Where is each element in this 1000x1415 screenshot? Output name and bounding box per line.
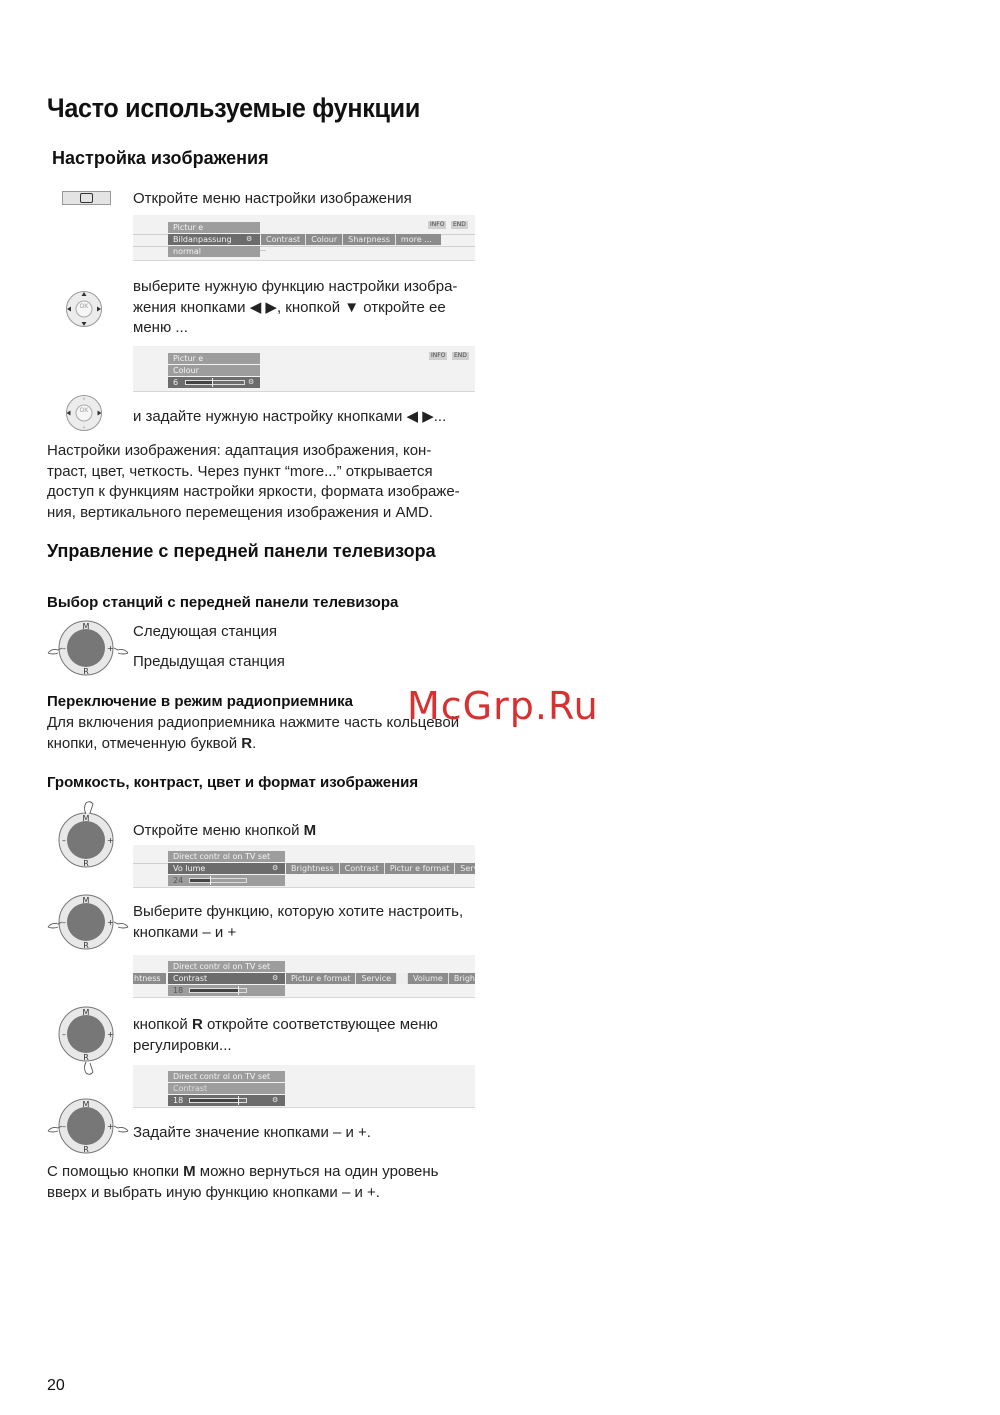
footer-note: С помощью кнопки M можно вернуться на од… bbox=[47, 1162, 439, 1203]
svg-text:R: R bbox=[83, 1145, 89, 1154]
level-slider bbox=[189, 988, 247, 993]
osd-tab: Volume bbox=[407, 973, 448, 984]
svg-text:+: + bbox=[107, 1122, 114, 1131]
adjust-icon: ⚙ bbox=[246, 234, 252, 245]
step-set-value-plus-minus: Задайте значение кнопками – и +. bbox=[133, 1123, 371, 1144]
section-heading-picture: Настройка изображения bbox=[52, 148, 269, 169]
svg-text:–: – bbox=[62, 918, 66, 927]
page-title: Часто используемые функции bbox=[47, 93, 420, 124]
osd-title: Direct contr ol on TV set bbox=[168, 1071, 285, 1082]
osd-tab-blank bbox=[396, 973, 407, 984]
navigation-pad-icon: OK bbox=[65, 394, 103, 432]
osd-value-suffix: ... bbox=[260, 246, 266, 253]
osd-tab: Service bbox=[355, 973, 396, 984]
osd-tabs: Brightness Contrast Pictur e format Serv… bbox=[286, 863, 475, 874]
osd-tab: Colour bbox=[305, 234, 342, 245]
info-label: INFO bbox=[429, 352, 447, 360]
osd-direct-control-adjust: Direct contr ol on TV set Contrast 18 ⚙ bbox=[133, 1065, 475, 1108]
osd-tab: Pictur e format bbox=[384, 863, 454, 874]
watermark: McGrp.Ru bbox=[407, 684, 599, 728]
osd-item: Contrast bbox=[168, 1083, 285, 1094]
slider-fill bbox=[190, 989, 238, 992]
osd-tab: Sharpness bbox=[342, 234, 395, 245]
slider-fill bbox=[186, 381, 212, 384]
svg-text:R: R bbox=[83, 667, 89, 676]
subheading-stations: Выбор станций с передней панели телевизо… bbox=[47, 594, 398, 611]
end-label: END bbox=[452, 352, 469, 360]
osd-title: Pictur e bbox=[168, 353, 260, 364]
section-heading-front-panel: Управление с передней панели телевизора bbox=[47, 541, 436, 562]
osd-tabs: Contrast Colour Sharpness more ... bbox=[261, 234, 441, 245]
step-select-function: выберите нужную функцию настройки изобра… bbox=[133, 277, 457, 339]
info-label: INFO bbox=[428, 221, 446, 229]
slider-marker bbox=[238, 1096, 239, 1105]
osd-direct-control-volume: Direct contr ol on TV set Vo lume ⚙ Brig… bbox=[133, 845, 475, 888]
subheading-volume: Громкость, контраст, цвет и формат изобр… bbox=[47, 774, 418, 791]
svg-text:R: R bbox=[83, 941, 89, 950]
ring-button-icon: M R – + bbox=[46, 619, 130, 677]
subheading-radio: Переключение в режим радиоприемника bbox=[47, 693, 353, 710]
step-choose-function: Выберите функцию, которую хотите настрои… bbox=[133, 902, 463, 943]
svg-text:R: R bbox=[83, 1053, 89, 1062]
adjust-icon: ⚙ bbox=[272, 863, 278, 874]
osd-title: Pictur e bbox=[168, 222, 260, 233]
svg-text:+: + bbox=[107, 836, 114, 845]
svg-text:–: – bbox=[62, 1122, 66, 1131]
svg-text:–: – bbox=[62, 836, 66, 845]
osd-direct-control-contrast: Direct contr ol on TV set htness Contras… bbox=[133, 955, 475, 998]
osd-picture-menu: Pictur e INFO END Bildanpassung ⚙ Contra… bbox=[133, 215, 475, 261]
slider-marker bbox=[238, 986, 239, 995]
osd-tab: Pictur e format bbox=[286, 973, 355, 984]
svg-text:+: + bbox=[107, 644, 114, 653]
svg-text:–: – bbox=[62, 644, 66, 653]
picture-button-icon bbox=[62, 191, 111, 205]
ring-button-m-icon: M R – + bbox=[46, 800, 130, 870]
end-label: END bbox=[451, 221, 468, 229]
osd-value: normal bbox=[168, 246, 260, 257]
navigation-pad-icon: OK bbox=[65, 290, 103, 328]
svg-text:+: + bbox=[107, 918, 114, 927]
radio-instructions: Для включения радиоприемника нажмите час… bbox=[47, 713, 459, 754]
svg-text:M: M bbox=[83, 622, 90, 631]
slider-fill bbox=[190, 1099, 238, 1102]
osd-colour-menu: Pictur e INFO END Colour 6 ⚙ bbox=[133, 346, 475, 392]
osd-tab: Bright bbox=[448, 973, 475, 984]
step-set-value: и задайте нужную настройку кнопками ◀ ▶.… bbox=[133, 407, 446, 428]
osd-tab: Contrast bbox=[339, 863, 384, 874]
previous-station-label: Предыдущая станция bbox=[133, 652, 285, 673]
slider-fill bbox=[190, 879, 210, 882]
step-open-menu-m: Откройте меню кнопкой M bbox=[133, 821, 316, 842]
step-open-adjust-menu: кнопкой R откройте соответствующее меню … bbox=[133, 1015, 438, 1056]
osd-selected-item: Contrast bbox=[168, 973, 285, 984]
adjust-icon: ⚙ bbox=[248, 377, 254, 388]
osd-tab: Servi bbox=[454, 863, 475, 874]
level-slider bbox=[189, 1098, 247, 1103]
osd-selected-item: Vo lume bbox=[168, 863, 285, 874]
adjust-icon: ⚙ bbox=[272, 1095, 278, 1106]
svg-text:M: M bbox=[83, 814, 90, 823]
slider-marker bbox=[210, 876, 211, 885]
level-slider bbox=[189, 878, 247, 883]
osd-item: Colour bbox=[168, 365, 260, 376]
slider-marker bbox=[212, 378, 213, 387]
svg-text:M: M bbox=[83, 1100, 90, 1109]
svg-text:+: + bbox=[107, 1030, 114, 1039]
osd-tab: Contrast bbox=[261, 234, 305, 245]
osd-title: Direct contr ol on TV set bbox=[168, 851, 285, 862]
step-open-picture-menu: Откройте меню настройки изображения bbox=[133, 189, 412, 210]
picture-note: Настройки изображения: адаптация изображ… bbox=[47, 441, 460, 523]
ring-button-plus-minus-icon: M R – + bbox=[46, 1097, 130, 1155]
osd-tabs: Pictur e format Service Volume Bright bbox=[286, 973, 475, 984]
page-number: 20 bbox=[47, 1377, 65, 1395]
svg-text:M: M bbox=[83, 1008, 90, 1017]
osd-tab: more ... bbox=[395, 234, 437, 245]
osd-tab-left: htness bbox=[133, 973, 166, 984]
ring-button-plus-minus-icon: M R – + bbox=[46, 893, 130, 951]
osd-title: Direct contr ol on TV set bbox=[168, 961, 285, 972]
svg-text:–: – bbox=[62, 1030, 66, 1039]
osd-tab: Brightness bbox=[286, 863, 339, 874]
svg-text:M: M bbox=[83, 896, 90, 905]
adjust-icon: ⚙ bbox=[272, 973, 278, 984]
next-station-label: Следующая станция bbox=[133, 622, 277, 643]
ring-button-r-icon: M R – + bbox=[46, 1004, 130, 1080]
svg-text:R: R bbox=[83, 859, 89, 868]
level-slider bbox=[185, 380, 245, 385]
